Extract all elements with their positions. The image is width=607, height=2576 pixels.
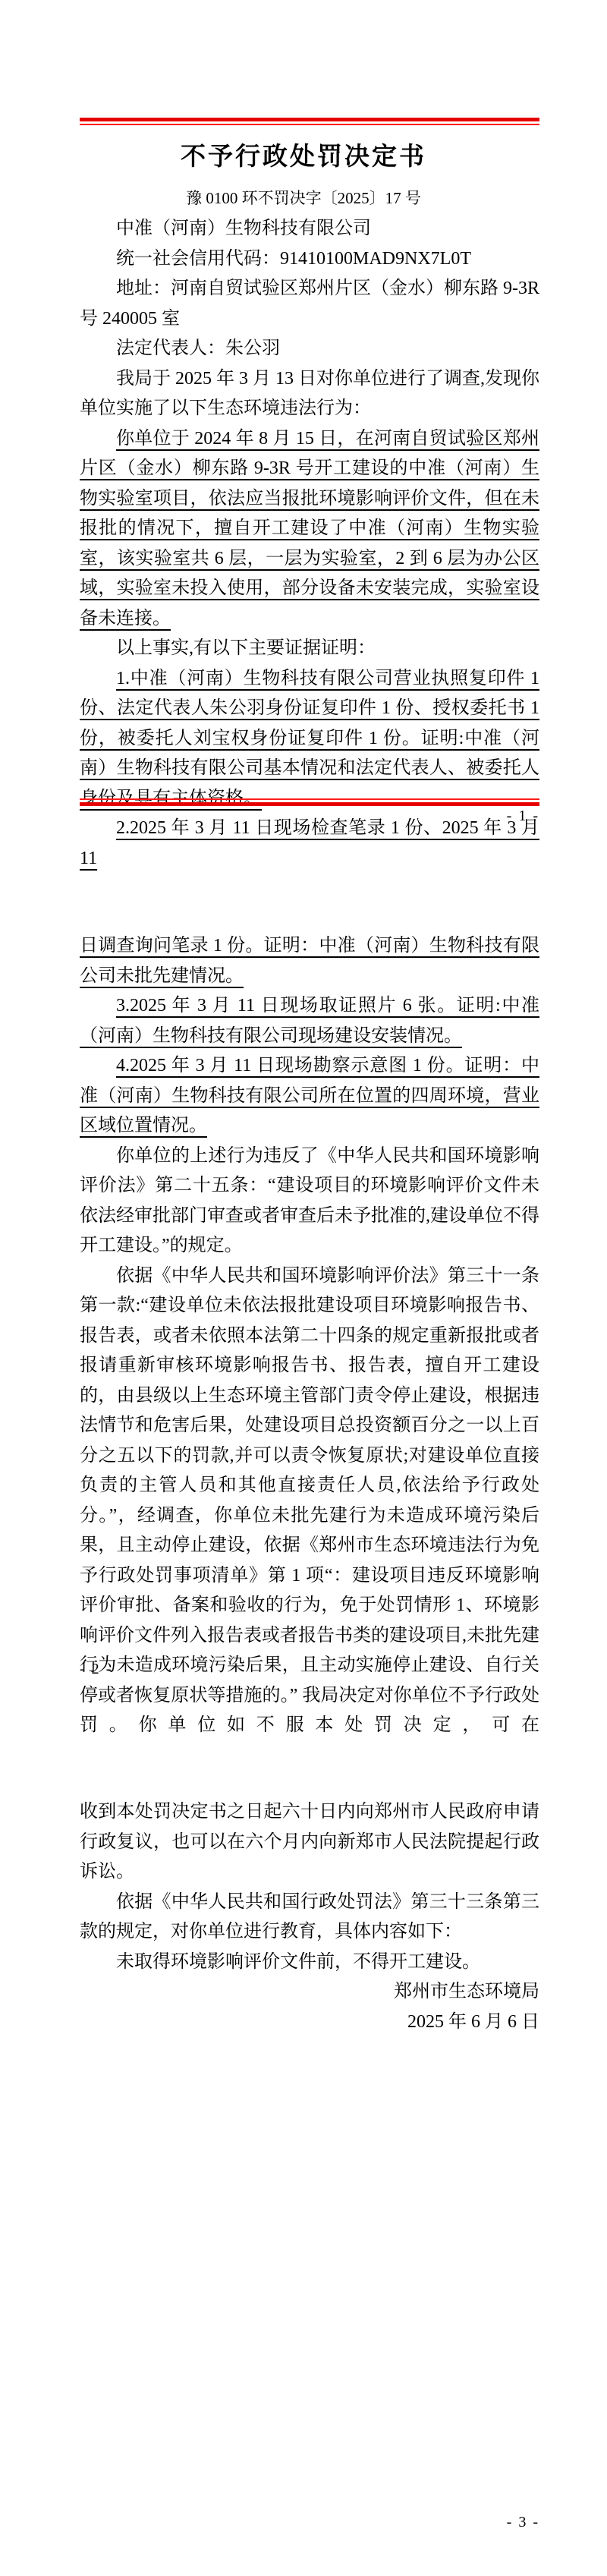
- education-basis: 依据《中华人民共和国行政处罚法》第三十三条第三款的规定，对你单位进行教育，具体内…: [80, 1888, 539, 1948]
- page-number-1: - 1 -: [507, 808, 539, 825]
- violated-provision: 你单位的上述行为违反了《中华人民共和国环境影响评价法》第二十五条：“建设项目的环…: [80, 1142, 539, 1261]
- red-separator-top: [80, 118, 539, 125]
- page-1-body: 中准（河南）生物科技有限公司 统一社会信用代码：91410100MAD9NX7L…: [80, 214, 539, 874]
- decision-date: 2025 年 6 月 6 日: [80, 2008, 539, 2038]
- document-title: 不予行政处罚决定书: [0, 137, 607, 172]
- party-name-line: 中准（河南）生物科技有限公司: [80, 214, 539, 244]
- evidence-item-2-start: 2.2025 年 3 月 11 日现场检查笔录 1 份、2025 年 3 月 1…: [80, 814, 539, 874]
- penalty-decision-document: 不予行政处罚决定书 豫 0100 环不罚决字〔2025〕17 号 中准（河南）生…: [0, 0, 607, 2576]
- evidence-intro: 以上事实,有以下主要证据证明：: [80, 634, 539, 664]
- penalty-basis-and-decision: 依据《中华人民共和国环境影响评价法》第三十一条第一款:“建设单位未依法报批建设项…: [80, 1261, 539, 1741]
- legal-representative-line: 法定代表人：朱公羽: [80, 334, 539, 364]
- page-number-2: - 2 -: [80, 1661, 112, 1678]
- violation-facts: 你单位于 2024 年 8 月 15 日，在河南自贸试验区郑州片区（金水）柳东路…: [80, 424, 539, 635]
- appeal-rights-continued: 收到本处罚决定书之日起六十日内向郑州市人民政府申请行政复议，也可以在六个月内向新…: [80, 1797, 539, 1888]
- education-content: 未取得环境影响评价文件前，不得开工建设。: [80, 1948, 539, 1978]
- page-3-body: 收到本处罚决定书之日起六十日内向郑州市人民政府申请行政复议，也可以在六个月内向新…: [80, 1797, 539, 2037]
- address-line: 地址：河南自贸试验区郑州片区（金水）柳东路 9-3R 号 240005 室: [80, 274, 539, 334]
- issuing-agency-signature: 郑州市生态环境局: [80, 1977, 539, 2008]
- page-2-body: 日调查询问笔录 1 份。证明：中准（河南）生物科技有限公司未批先建情况。 3.2…: [80, 931, 539, 1741]
- page-number-3: - 3 -: [507, 2514, 539, 2531]
- investigation-intro: 我局于 2025 年 3 月 13 日对你单位进行了调查,发现你单位实施了以下生…: [80, 364, 539, 424]
- red-separator-bottom: [80, 798, 539, 806]
- credit-code-line: 统一社会信用代码：91410100MAD9NX7L0T: [80, 244, 539, 275]
- evidence-item-2-continued: 日调查询问笔录 1 份。证明：中准（河南）生物科技有限公司未批先建情况。: [80, 931, 539, 991]
- evidence-item-3: 3.2025 年 3 月 11 日现场取证照片 6 张。证明:中准（河南）生物科…: [80, 991, 539, 1051]
- evidence-item-4: 4.2025 年 3 月 11 日现场勘察示意图 1 份。证明：中准（河南）生物…: [80, 1051, 539, 1142]
- document-number: 豫 0100 环不罚决字〔2025〕17 号: [0, 186, 607, 209]
- evidence-item-1: 1.中准（河南）生物科技有限公司营业执照复印件 1 份、法定代表人朱公羽身份证复…: [80, 664, 539, 814]
